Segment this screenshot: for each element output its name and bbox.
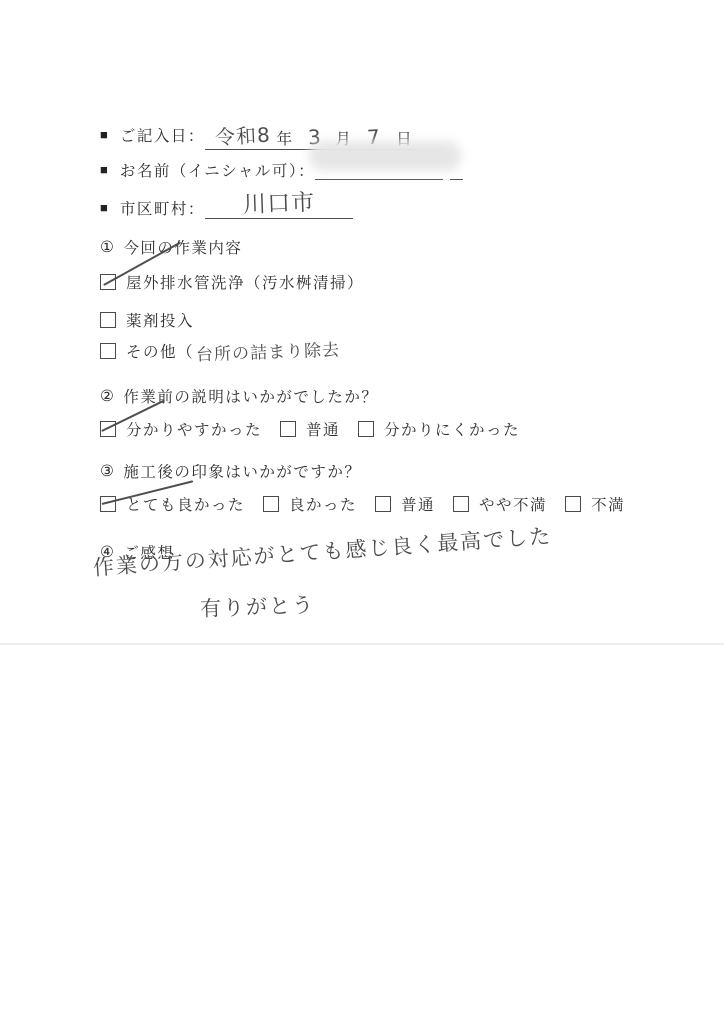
section2-options-row: 分かりやすかった 普通 分かりにくかった [100, 418, 520, 440]
checkbox-icon [358, 421, 374, 437]
comment-handwritten-line-1: 作業の方の対応がとても感じ良く最高でした [92, 520, 553, 582]
section1-title-text: 今回の作業内容 [123, 236, 242, 258]
option-label: 分かりにくかった [384, 418, 520, 440]
section3-number: ③ [100, 462, 115, 481]
square-bullet-icon: ■ [100, 200, 108, 216]
option-label: やや不満 [479, 493, 547, 515]
option-label: 不満 [591, 493, 625, 515]
option-other: その他（ 台所の詰まり除去 [100, 338, 340, 363]
section1-option-row-2: 薬剤投入 [100, 309, 194, 331]
scanned-survey-form: ■ ご記入日： 令和8 年 3 月 7 日 ■ お名前（イニシャル可）： ■ 市… [0, 0, 724, 1024]
option-label: 普通 [401, 493, 435, 515]
checkbox-icon [565, 496, 581, 512]
name-field-row: ■ お名前（イニシャル可）： [100, 159, 463, 181]
scan-edge-line [0, 643, 724, 645]
option-label: 屋外排水管洗浄（汚水桝清掃） [126, 271, 364, 293]
section3-options-row: とても良かった 良かった 普通 やや不満 不満 [100, 493, 625, 515]
option-outdoor-drain-cleaning: 屋外排水管洗浄（汚水桝清掃） [100, 271, 364, 293]
option-hard-to-understand: 分かりにくかった [358, 418, 520, 440]
option-chemical-injection: 薬剤投入 [100, 309, 194, 331]
name-redaction-blur [309, 141, 461, 171]
option-good: 良かった [263, 493, 357, 515]
option-label: 良かった [289, 493, 357, 515]
checkbox-icon [263, 496, 279, 512]
option-dissatisfied: 不満 [565, 493, 625, 515]
option-label: とても良かった [126, 493, 245, 515]
option-neutral: 普通 [375, 493, 435, 515]
city-field-label: 市区町村： [120, 197, 205, 219]
name-field-underline [315, 161, 443, 180]
city-field-underline: 川口市 [205, 196, 353, 219]
comment-handwritten-line-2: 有りがとう [200, 589, 316, 623]
square-bullet-icon: ■ [100, 162, 108, 178]
section1-option-row-3: その他（ 台所の詰まり除去 [100, 338, 340, 363]
section2-title-text: 作業前の説明はいかがでしたか？ [123, 385, 378, 407]
date-era-handwritten: 令和8 [208, 118, 277, 151]
section1-option-row-1: 屋外排水管洗浄（汚水桝清掃） [100, 271, 364, 293]
city-handwritten-value: 川口市 [242, 184, 315, 219]
section2-title: ② 作業前の説明はいかがでしたか？ [100, 385, 378, 407]
option-label: 分かりやすかった [126, 418, 262, 440]
option-easy-to-understand: 分かりやすかった [100, 418, 262, 440]
date-year-unit: 年 [277, 127, 294, 149]
checkbox-icon [280, 421, 296, 437]
option-label: 普通 [306, 418, 340, 440]
checkbox-icon [100, 312, 116, 328]
other-handwritten-value: 台所の詰まり除去 [196, 335, 341, 365]
option-somewhat-dissatisfied: やや不満 [453, 493, 547, 515]
city-field-row: ■ 市区町村： 川口市 [100, 196, 353, 219]
square-bullet-icon: ■ [100, 127, 108, 143]
section1-number: ① [100, 238, 115, 257]
checkbox-icon [375, 496, 391, 512]
name-field-label: お名前（イニシャル可）： [120, 159, 315, 181]
option-very-good: とても良かった [100, 493, 245, 515]
checkbox-icon [453, 496, 469, 512]
option-label: その他（ [126, 340, 194, 362]
section3-title-text: 施工後の印象はいかがですか？ [123, 460, 361, 482]
option-label: 薬剤投入 [126, 309, 194, 331]
checkbox-icon [100, 343, 116, 359]
option-normal: 普通 [280, 418, 340, 440]
section2-number: ② [100, 387, 115, 406]
section3-title: ③ 施工後の印象はいかがですか？ [100, 460, 361, 482]
date-field-label: ご記入日： [120, 124, 205, 146]
